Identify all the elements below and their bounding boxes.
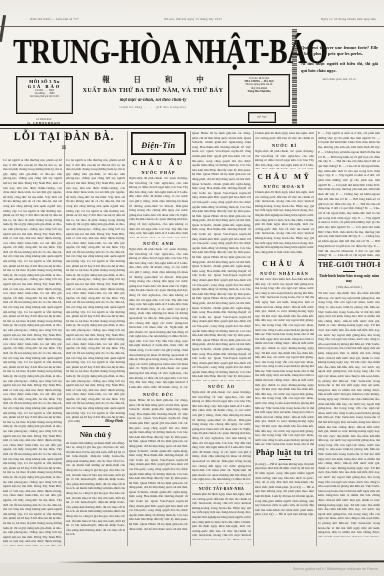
masthead-rule-thick: [0, 124, 384, 126]
article-text: Chánh-phủ đã định ngày khai hội-nghị, mờ…: [255, 131, 314, 140]
continued-note: (còn nữa): [68, 419, 80, 423]
section-usa: NƯỚC HOA-KỲ: [255, 184, 314, 189]
scan-edge-streak: [0, 15, 6, 42]
column-rule-4: [253, 131, 254, 546]
law-divider: [279, 459, 291, 460]
verse-french: Qui peut trouver une femme forte? Elle a…: [301, 45, 378, 57]
section-japan: NƯỚC NHẬT-BẢN: [255, 271, 314, 276]
article-text: Nghị-viện đã phê-chuẩn các quan thượng-t…: [129, 247, 188, 389]
section-spain: NƯỚC TÂY-BAN-NHA: [192, 487, 251, 491]
commentary-divider: [343, 271, 355, 272]
telegrams-box-title: Điện-Tín: [141, 141, 175, 150]
commentary-header: THẾ-GIỚI THỜI-ĐÀM Tình-hình buôn-bán tro…: [318, 259, 380, 289]
office-box: Tòa báo: 48-50 phố NHÀ CHUNG — HÀ-NỘI Th…: [228, 74, 290, 107]
author-signature: Đồng-Đình: [105, 419, 123, 423]
motto-line-1: một mực ái-nhân, soi theo chân-lý: [80, 98, 226, 103]
commentary-subtitle: Tình-hình buôn-bán trong mấy năm nay: [318, 274, 380, 284]
article-text: Nghị-viện đã phê-chuẩn các quan thượng-t…: [192, 390, 251, 484]
article-text: (Lại kỳ) — Hễ ai quá hạn không nộp, thì …: [255, 462, 314, 518]
column-3: Điện-Tín CHÂU ÂU NƯỚC PHÁP Nghị-viện đã …: [129, 131, 188, 546]
law-article-headline: Pháp luật tu tri: [255, 448, 314, 457]
article-text: Nghị-viện đã phê-chuẩn các quan thượng-t…: [129, 176, 188, 238]
motto-line-2: tránh bè-đảng . . . . . giữ đạo trung-hò…: [80, 105, 226, 109]
price-note: Xem báo phải giả tiền trước: [17, 95, 72, 98]
column-4: Quan Hitler đã hạ lệnh giải-tán các đảng…: [192, 131, 251, 546]
column-1: Cổ lai người ta vẫn thường nói, phàm sự …: [3, 131, 62, 546]
commentary-title: THẾ-GIỚI THỜI-ĐÀM: [318, 262, 380, 269]
article-text: Quan Hitler đã hạ lệnh giải-tán các đảng…: [192, 131, 251, 381]
section-america: CHÂU MỸ: [255, 172, 314, 181]
dateline-lunar-date: Ngày ta: 23 tháng nhuận năm Quý-dậu: [284, 17, 376, 21]
article-text: Từ khi cuộc đại-chiến bên Âu-châu kết-li…: [255, 277, 314, 445]
article-text: Ai muốn biết những sự khẩn-thiết của đồn…: [66, 441, 125, 541]
column-5: Chánh-phủ đã định ngày khai hội-nghị, mờ…: [255, 131, 314, 546]
dateline-rule: [0, 26, 384, 27]
article-text: Chánh-phủ đã định ngày khai hội-nghị, mờ…: [192, 492, 251, 540]
section-france: NƯỚC PHÁP: [129, 170, 188, 175]
column-6: P. — Vậy người ta sinh ra ở đời, cốt phả…: [318, 131, 380, 546]
catechism-qa-text: P. — Vậy người ta sinh ra ở đời, cốt phả…: [318, 131, 380, 257]
section-europe: CHÂU ÂU: [129, 158, 188, 167]
verse-citation: sách châm, prov. xxxi, 10, 11.: [301, 77, 378, 81]
issue-number-box: N° 757: [248, 112, 276, 123]
section-asia: CHÂU Á: [255, 259, 314, 268]
article-text: Chánh-phủ đã định ngày khai hội-nghị, mờ…: [255, 190, 314, 256]
verse-block: Qui peut trouver une femme forte? Elle a…: [301, 45, 378, 81]
column-rule-1: [64, 131, 65, 546]
article-text: Cổ lai người ta vẫn thường nói, phàm sự …: [3, 158, 62, 546]
notice-headline: Nên chú ý: [66, 430, 125, 439]
ornamental-border-icon: [292, 29, 297, 125]
article-footer-row: (còn nữa) Đồng-Đình: [66, 419, 125, 423]
newspaper-page: Năm thứ mười — xuất-bản số 757 Hà-nội, t…: [0, 0, 384, 576]
column-2: Cổ lai người ta vẫn thường nói, phàm sự …: [66, 131, 125, 546]
article-text: Từ khi cuộc đại-chiến bên Âu-châu kết-li…: [318, 291, 380, 537]
section-austria: NƯỚC ÁO: [192, 384, 251, 389]
article-text: Quan Hitler đã hạ lệnh giải-tán các đảng…: [129, 398, 188, 530]
commentary-continuation-note: ( Tiếp theo số trước ): [318, 285, 380, 289]
section-belgium: NƯỚC BỈ: [255, 143, 314, 148]
price-box: MỖI SỐ 3 Xu GIÁ BÁO Cả năm . . . . 5$00 …: [16, 76, 73, 114]
column-rule-5: [316, 131, 317, 546]
dateline-date: Hà-nội, thứ bảy ngày 15 tháng bảy 1933: [118, 17, 268, 21]
article-text: Nghị-viện đã phê-chuẩn các quan thượng-t…: [255, 149, 314, 169]
masthead-title: TRUNG-HÒA NHẬT-BÁO: [13, 33, 287, 73]
column-rule-2: [127, 131, 128, 546]
section-germany: NƯỚC ĐỨC: [129, 392, 188, 397]
dateline-issue: Năm thứ mười — xuất-bản số 757: [30, 17, 79, 21]
column-rule-3: [190, 131, 191, 546]
chinese-title: 報 日 和 中: [80, 74, 226, 85]
verse-vietnamese: Ai tìm được người nữ hiền thì, thì giá q…: [301, 61, 378, 73]
section-divider: [82, 426, 110, 428]
telegrams-box: Điện-Tín: [131, 132, 186, 155]
article-text: Cổ lai người ta vẫn thường nói, phàm sự …: [66, 158, 125, 419]
section-england: NƯỚC ANH: [129, 241, 188, 246]
publication-schedule: XUẤT BẢN THỨ BA THỨ NĂM, VÀ THỨ BẢY: [80, 88, 226, 94]
gallica-watermark: Source gallica.bnf.fr / Bibliothèque nat…: [180, 567, 378, 571]
masthead-center-block: 報 日 和 中 XUẤT BẢN THỨ BA THỨ NĂM, VÀ THỨ …: [80, 74, 226, 109]
office-line-5: Trung-Hòa Nhật-Báo: [229, 90, 289, 93]
masthead-rule-thin: [0, 128, 384, 129]
